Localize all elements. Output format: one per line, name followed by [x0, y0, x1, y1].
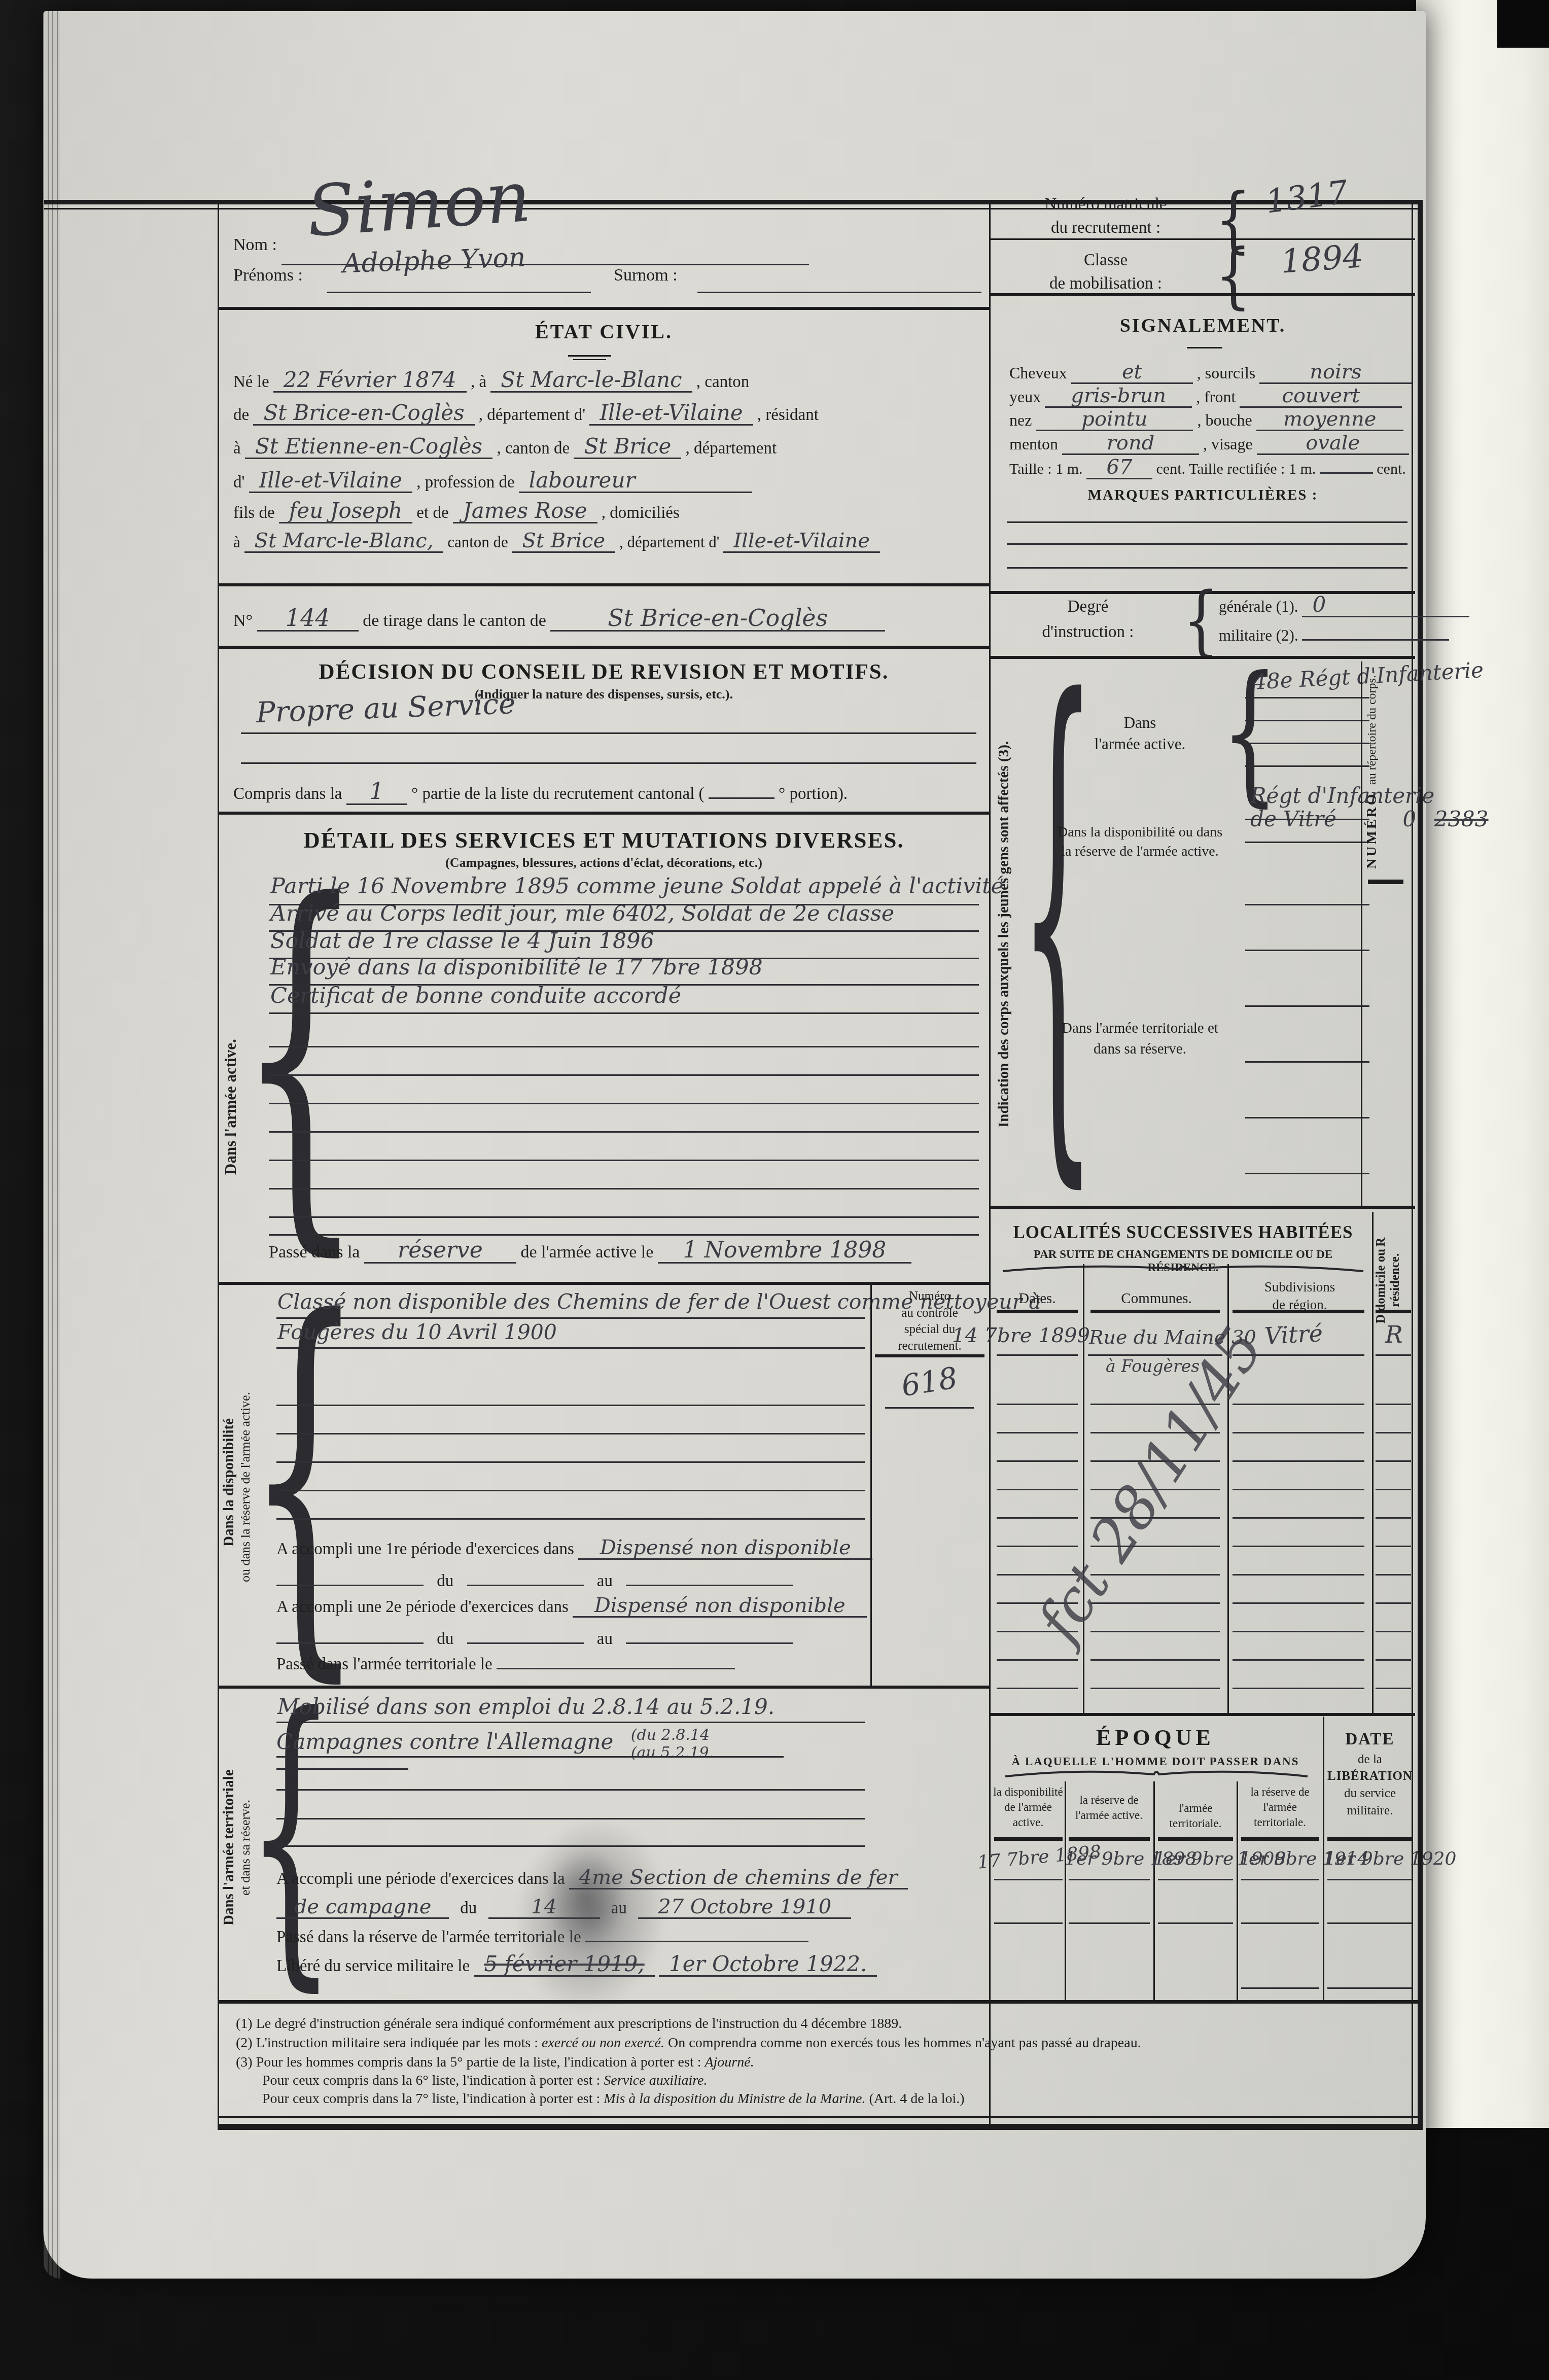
epoque-subtitle: À LAQUELLE L'HOMME DOIT PASSER DANS	[991, 1755, 1320, 1768]
controle-column-divider	[870, 1282, 872, 1686]
compris-partie-value: 1	[346, 780, 407, 805]
header-left-separator	[219, 307, 989, 310]
terr-line-1: Mobilisé dans son emploi du 2.8.14 au 5.…	[277, 1694, 774, 1719]
ruled-line	[269, 1012, 979, 1014]
nez-label: nez	[1009, 411, 1032, 429]
service-line-5: Certificat de bonne conduite accordé	[270, 983, 681, 1008]
nez-value: pointu	[1036, 408, 1193, 431]
ruled-line	[1241, 1879, 1319, 1880]
matricule-label-2: du recrutement :	[1004, 216, 1207, 239]
compris-label-1: Compris dans la	[233, 785, 342, 803]
tirage-canton-label: de tirage dans le canton de	[363, 611, 546, 630]
sourcils-value: noirs	[1259, 361, 1412, 384]
localites-row1-dr: R	[1385, 1321, 1403, 1348]
matricule-value-handwritten: 1317	[1263, 173, 1350, 221]
adjacent-page-edge	[1416, 0, 1549, 2128]
ruled-line	[276, 1317, 865, 1319]
register-page: Nom : Simon Prénoms : Adolphe Yvon Surno…	[43, 11, 1426, 2279]
prenoms-label: Prénoms :	[233, 266, 303, 285]
controle-label-2: au contrôle	[874, 1305, 985, 1322]
taille-rectifiee-label: cent. Taille rectifiée : 1 m.	[1156, 461, 1316, 477]
blank-field	[276, 1627, 424, 1644]
bouche-label: , bouche	[1197, 411, 1252, 429]
footnote-5b: Mis à la disposition du Ministre de la M…	[604, 2091, 865, 2107]
label: canton de	[447, 533, 508, 551]
ruled-line	[1245, 904, 1369, 905]
epoque-value-5: 1er 9bre 1920	[1324, 1848, 1413, 1869]
prenoms-value-handwritten: Adolphe Yvon	[342, 242, 526, 279]
header-rule	[1241, 1837, 1319, 1841]
degre-brace: {	[1183, 586, 1219, 656]
periode2-value: Dispensé non disponible	[573, 1595, 867, 1618]
cheveux-label: Cheveux	[1009, 364, 1067, 382]
visage-value: ovale	[1257, 432, 1409, 455]
ruled-line	[1069, 1879, 1150, 1880]
ruled-line	[1007, 521, 1407, 523]
footnote-5a: Pour ceux compris dans la 7° liste, l'in…	[262, 2091, 604, 2107]
birth-canton-handwritten: St Brice-en-Coglès	[253, 402, 474, 426]
corps-active-label-2: l'armée active.	[1052, 733, 1227, 755]
blank-field	[626, 1627, 793, 1644]
corps-active-label-1: Dans	[1052, 712, 1227, 733]
ruled-line	[997, 1354, 1078, 1356]
ruled-line	[1158, 1922, 1233, 1924]
taille-label: Taille : 1 m.	[1009, 461, 1083, 477]
blank-field	[276, 1569, 424, 1586]
footnote-5c: (Art. 4 de la loi.)	[865, 2091, 964, 2107]
label: , canton de	[497, 439, 570, 458]
corps-side-label: Indication des corps auxquels les jeunes…	[996, 671, 1012, 1198]
ruled-line	[885, 1407, 974, 1409]
header-rule	[994, 1837, 1063, 1841]
blank-ruled-lines	[276, 1378, 865, 1525]
libere-label: Libéré du service militaire le	[276, 1957, 470, 1975]
decorative-brace	[1004, 1767, 1309, 1779]
periode2-label: A accompli une 2e période d'exercices da…	[276, 1598, 569, 1616]
etat-civil-title: ÉTAT CIVIL.	[219, 320, 989, 343]
yeux-label: yeux	[1009, 388, 1041, 406]
header-rule	[1376, 1310, 1411, 1313]
epoque-value-4: 1er 9bre 1914	[1237, 1848, 1319, 1869]
label: , département	[686, 439, 777, 458]
instruction-generale-label: générale (1).	[1219, 598, 1298, 615]
numero-tirage-value: 144	[257, 606, 359, 632]
numero-repertoire-divider	[1361, 661, 1362, 1206]
parents-departement-handwritten: Ille-et-Vilaine	[723, 530, 880, 553]
dark-corner	[1497, 0, 1549, 48]
dr-column-divider	[1372, 1212, 1374, 1713]
date-header-4: du service	[1326, 1785, 1414, 1802]
date-header-1: DATE	[1326, 1728, 1414, 1751]
col-subdiv-header-1: Subdivisions	[1230, 1278, 1369, 1296]
epoque-col-divider	[1237, 1781, 1238, 2000]
blank-ruled-lines	[1233, 1377, 1364, 1689]
father-handwritten: feu Joseph	[279, 500, 412, 523]
numero-label-2: au répertoire du corps.	[1365, 675, 1379, 785]
residence-canton-handwritten: St Brice	[574, 435, 681, 459]
campagne-du: (du 2.8.14	[631, 1727, 714, 1744]
ruled-line	[1245, 765, 1369, 767]
label: , département d'	[479, 406, 585, 424]
ruled-line	[1007, 543, 1407, 545]
label: , profession de	[416, 473, 514, 492]
epoque-value-2: 1er 9bre 1898	[1065, 1848, 1151, 1869]
label: d'	[233, 473, 244, 492]
cent-label: cent.	[1377, 461, 1405, 477]
periode1-value: Dispensé non disponible	[578, 1537, 872, 1560]
ruled-line	[1327, 1879, 1412, 1880]
epoque-col4-header: la réserve de l'armée territoriale.	[1240, 1784, 1320, 1830]
terr-au-value: 27 Octobre 1910	[638, 1896, 851, 1919]
ruled-line	[276, 1818, 865, 1819]
numero-label-1: NUMÉRO	[1364, 792, 1380, 869]
epoque-col1-header: la disponibilité de l'armée active.	[993, 1784, 1064, 1830]
blank-field	[497, 1653, 735, 1669]
sections-bottom	[219, 2000, 1423, 2004]
ruled-line	[276, 1768, 408, 1770]
label: , à	[471, 373, 486, 391]
blank-field	[467, 1627, 584, 1644]
controle-label-1: Numéro	[874, 1288, 985, 1305]
profession-handwritten: laboureur	[519, 469, 752, 493]
epoque-col2-header: la réserve de l'armée active.	[1068, 1793, 1150, 1823]
birth-date-handwritten: 22 Février 1874	[273, 369, 467, 393]
numero-repertoire-side-label: NUMÉRO au répertoire du corps.	[1364, 671, 1410, 873]
label: de	[233, 406, 249, 424]
cheveux-value: et	[1071, 361, 1193, 384]
ruled-line	[1327, 1922, 1412, 1924]
ruled-line	[1245, 743, 1369, 744]
blank-field	[1320, 457, 1373, 474]
scanned-military-register-sheet: Nom : Simon Prénoms : Adolphe Yvon Surno…	[0, 0, 1549, 2380]
du-label: du	[460, 1899, 477, 1917]
footnote-2b: exercé ou non exercé.	[542, 2035, 664, 2051]
decorative-brace	[1002, 1262, 1364, 1274]
localites-row1-subdivision: Vitré	[1264, 1319, 1323, 1350]
localites-bottom	[991, 1713, 1415, 1716]
label: , département d'	[619, 533, 720, 551]
frame-bottom-thin	[218, 2116, 1423, 2118]
blank-field	[1302, 624, 1449, 641]
terr-periode-value-2: de campagne	[276, 1896, 449, 1919]
footnote-2c: On comprendra comme non exercés tous les…	[664, 2035, 1141, 2051]
birth-departement-handwritten: Ille-et-Vilaine	[589, 402, 753, 426]
title-flourish	[1187, 347, 1222, 348]
compris-label-3: ° portion).	[779, 785, 848, 803]
ruled-line	[1245, 720, 1369, 721]
libere-date-value: 1er Octobre 1922.	[659, 1953, 877, 1977]
service-line-3: Soldat de 1re classe le 4 Juin 1896	[270, 928, 654, 954]
ink-smudge	[545, 1847, 626, 1949]
au-label: au	[597, 1572, 613, 1590]
label: , résidant	[757, 406, 819, 424]
ruled-line	[1245, 1173, 1369, 1174]
service-line-2: Arrivé au Corps ledit jour, mle 6402, So…	[270, 901, 894, 926]
corps-dispo-label: Dans la disponibilité ou dans la réserve…	[1052, 823, 1227, 861]
blank-field	[467, 1569, 584, 1586]
decision-bottom	[219, 812, 989, 815]
title-flourish	[568, 355, 611, 357]
du-label: du	[437, 1572, 453, 1590]
ruled-line	[1241, 1922, 1319, 1924]
classe-value-handwritten: 1894	[1280, 237, 1365, 281]
epoque-col-divider	[1065, 1781, 1066, 2000]
service-line-1: Parti le 16 Novembre 1895 comme jeune So…	[270, 873, 1004, 899]
header-rule	[1327, 1837, 1412, 1841]
footnote-3a: (3) Pour les hommes compris dans la 5° p…	[236, 2054, 705, 2070]
footnote-4a: Pour ceux compris dans la 6° liste, l'in…	[262, 2073, 604, 2088]
label: Né le	[233, 373, 269, 391]
frame-left	[218, 200, 219, 2127]
ruled-line	[1069, 1922, 1150, 1924]
parents-canton-handwritten: St Brice	[512, 530, 616, 553]
visage-label: , visage	[1203, 435, 1253, 453]
footnote-1: (1) Le degré d'instruction générale sera…	[236, 2016, 902, 2032]
label: , canton	[696, 373, 749, 391]
ruled-line	[1245, 1005, 1369, 1007]
ruled-line	[1158, 1879, 1233, 1880]
ruled-line	[1327, 1987, 1412, 1989]
taille-value: 67	[1086, 457, 1152, 479]
menton-value: rond	[1062, 432, 1199, 455]
service-line-4: Envoyé dans la disponibilité le 17 7bre …	[270, 955, 763, 980]
epoque-col-divider	[1153, 1781, 1155, 2000]
periode1-label: A accompli une 1re période d'exercices d…	[276, 1540, 574, 1558]
header-right-separator	[991, 293, 1415, 296]
localites-title: LOCALITÉS SUCCESSIVES HABITÉES	[997, 1222, 1369, 1243]
ruled-line	[994, 1922, 1063, 1924]
ruled-line	[327, 292, 591, 293]
footnote-3b: Ajourné.	[705, 2054, 754, 2070]
du-label: du	[437, 1630, 453, 1648]
matricule-label-1: Numéro matricule	[1004, 193, 1207, 216]
ruled-line	[1245, 1061, 1369, 1063]
blank-ruled-lines	[269, 1019, 979, 1218]
ruled-line	[1245, 819, 1369, 820]
yeux-value: gris-brun	[1045, 385, 1192, 408]
terr-side-label-1: Dans l'armée territoriale	[221, 1716, 237, 1979]
corps-repertoire-number-struck: 2383	[1434, 807, 1489, 831]
passe-reserve-label-2: de l'armée active le	[520, 1243, 653, 1262]
ruled-line	[1245, 842, 1369, 843]
ruled-line	[1245, 697, 1369, 698]
header-rule	[1069, 1837, 1150, 1841]
col-communes-header: Communes.	[1088, 1290, 1225, 1307]
ruled-line	[269, 1234, 979, 1236]
numero-tick	[1368, 880, 1403, 884]
numero-tirage-label: N°	[233, 611, 253, 630]
ruled-line	[1245, 1117, 1369, 1118]
label: et de	[416, 504, 448, 522]
birth-place-handwritten: St Marc-le-Blanc	[490, 369, 692, 393]
ruled-line	[1245, 950, 1369, 951]
controle-underline	[875, 1354, 984, 1357]
date-header-2: de la	[1326, 1751, 1414, 1768]
classe-label-1: Classe	[1004, 249, 1207, 272]
corps-territoriale-label: Dans l'armée territoriale et dans sa rés…	[1052, 1018, 1227, 1059]
instruction-militaire-label: militaire (2).	[1219, 626, 1298, 644]
date-header-3: LIBÉRATION	[1326, 1768, 1414, 1785]
instruction-generale-value: 0	[1302, 593, 1469, 617]
menton-label: menton	[1009, 435, 1058, 453]
compris-label-2: ° partie de la liste du recrutement cant…	[411, 785, 705, 803]
blank-field	[709, 782, 774, 799]
au-label: au	[597, 1630, 613, 1648]
passe-reserve-value-1: réserve	[364, 1239, 516, 1264]
parents-domicile-handwritten: St Marc-le-Blanc,	[244, 530, 444, 553]
ruled-line	[1241, 1987, 1319, 1989]
nom-label: Nom :	[233, 235, 277, 255]
etat-civil-bottom	[219, 583, 989, 586]
ruled-line	[276, 1789, 865, 1791]
header-rule	[1233, 1310, 1364, 1313]
dispo-side-label-1: Dans la disponibilité	[221, 1340, 237, 1624]
header-rule	[1090, 1310, 1220, 1313]
blank-field	[626, 1569, 793, 1586]
label: à	[233, 439, 241, 458]
tirage-canton-value: St Brice-en-Coglès	[550, 606, 885, 632]
bouche-value: moyenne	[1256, 408, 1403, 431]
campagne-au: (au 5.2.19.	[631, 1744, 714, 1762]
terr-line-2: Campagnes contre l'Allemagne	[276, 1729, 613, 1754]
frame-bottom-heavy	[218, 2124, 1423, 2130]
signalement-title: SIGNALEMENT.	[991, 314, 1415, 337]
epoque-col3-header: l'armée territoriale.	[1157, 1801, 1234, 1831]
residence-handwritten: St Etienne-en-Coglès	[245, 435, 492, 459]
classe-brace: {	[1215, 243, 1251, 309]
ruled-line	[276, 1347, 865, 1349]
book-binding-edge	[43, 11, 60, 2279]
ruled-line	[697, 292, 981, 293]
residence-departement-handwritten: Ille-et-Vilaine	[249, 469, 412, 493]
date-header-5: militaire.	[1326, 1802, 1414, 1819]
label: fils de	[233, 504, 275, 522]
ruled-line	[276, 1722, 865, 1723]
passe-reserve-date: 1 Novembre 1898	[658, 1239, 911, 1264]
tirage-bottom	[219, 646, 989, 649]
decision-title: DÉCISION DU CONSEIL DE REVISION ET MOTIF…	[219, 659, 989, 684]
dispo-line-2: Fougères du 10 Avril 1900	[277, 1320, 557, 1344]
title-flourish	[573, 359, 606, 360]
ruled-line	[241, 762, 976, 764]
front-value: couvert	[1240, 385, 1402, 408]
frame-right-outer	[1418, 200, 1423, 2127]
ruled-line	[276, 1756, 784, 1758]
front-label: , front	[1196, 388, 1236, 406]
footnote-2a: (2) L'instruction militaire sera indiqué…	[236, 2035, 542, 2051]
ruled-line	[994, 1879, 1063, 1880]
footnote-4b: Service auxiliaire.	[604, 2073, 707, 2088]
nom-value-handwritten: Simon	[304, 156, 534, 253]
epoque-title: ÉPOQUE	[991, 1725, 1320, 1751]
surnom-label: Surnom :	[614, 266, 678, 285]
blank-ruled-lines	[1376, 1377, 1411, 1689]
classe-label-2: de mobilisation :	[1004, 272, 1207, 295]
marques-label: MARQUES PARTICULIÈRES :	[991, 487, 1415, 504]
epoque-value-3: 1er 9bre 1908	[1154, 1848, 1234, 1869]
sourcils-label: , sourcils	[1197, 364, 1256, 382]
ruled-line	[1007, 567, 1407, 569]
ruled-line	[241, 732, 976, 734]
mother-handwritten: James Rose	[453, 500, 597, 523]
label: à	[233, 533, 240, 551]
header-rule	[1158, 1837, 1233, 1841]
header-rule	[997, 1310, 1078, 1313]
ruled-line	[1376, 1354, 1411, 1356]
localites-row1-date: 14 7bre 1899	[952, 1324, 1090, 1347]
label: , domiciliés	[602, 504, 680, 522]
corps-bottom	[991, 1206, 1415, 1209]
col-dates-header: Dates.	[994, 1290, 1080, 1307]
controle-value-handwritten: 618	[899, 1360, 960, 1403]
